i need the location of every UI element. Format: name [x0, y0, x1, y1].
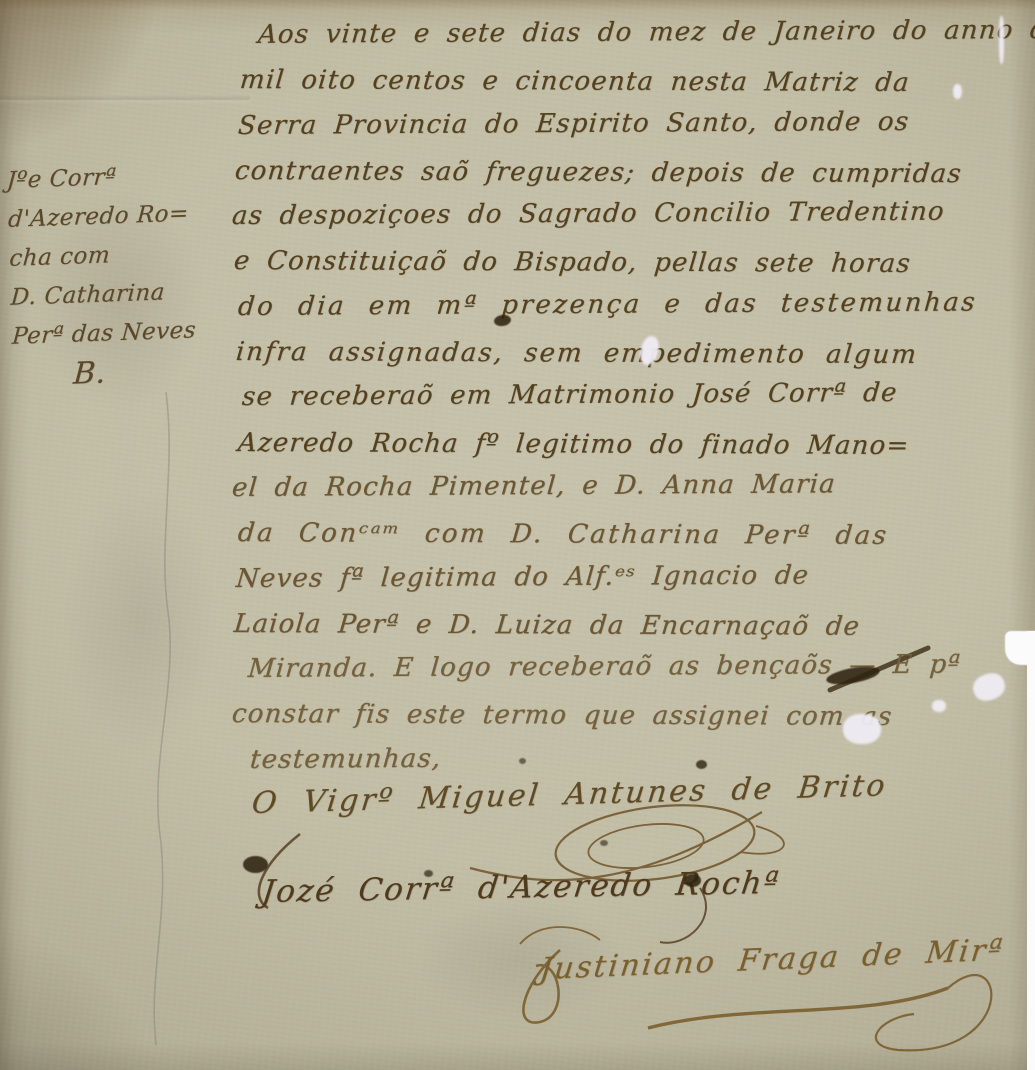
manuscript-line: as despoziçoes do Sagrado Concilio Trede… — [230, 188, 1034, 238]
scan-edge-strip — [1027, 631, 1035, 1070]
vertical-fold-crease — [154, 392, 170, 1045]
manuscript-line: do dia em mª prezença e das testemunhas — [230, 279, 1034, 329]
ink-blot — [696, 760, 707, 769]
ink-blot — [243, 856, 268, 873]
manuscript-line: Neves fª legitima do Alf.ᵉˢ Ignacio de — [230, 551, 1034, 601]
ink-blot — [424, 870, 433, 877]
paper-damage-spot — [843, 714, 881, 744]
manuscript-page: Jºe Corrª d'Azeredo Ro= cha com D. Catha… — [0, 0, 1035, 1070]
signature-groom: Jozé Corrª d'Azeredo Rochª — [260, 865, 783, 910]
ink-blot — [519, 758, 526, 764]
manuscript-line: Aos vinte e sete dias do mez de Janeiro … — [230, 7, 1034, 57]
ink-blot — [600, 840, 608, 846]
manuscript-line: el da Rocha Pimentel, e D. Anna Maria — [230, 460, 1034, 510]
paper-damage-spot — [932, 700, 946, 712]
paper-damage-spot — [953, 84, 962, 99]
signature-witness: Justiniano Fraga de Mirª — [538, 932, 1006, 987]
manuscript-line: se receberaõ em Matrimonio José Corrª de — [230, 369, 1034, 419]
horizontal-fold-crease — [0, 92, 250, 106]
manuscript-line: Serra Provincia do Espirito Santo, donde… — [230, 98, 1034, 148]
manuscript-line: Miranda. E logo receberaõ as bençaõs — E… — [230, 641, 1034, 691]
record-body: Aos vinte e sete dias do mez de Janeiro … — [232, 12, 1032, 782]
margin-note: Jºe Corrª d'Azeredo Ro= cha com D. Catha… — [6, 154, 232, 395]
ink-blot — [684, 874, 701, 887]
margin-note-initial: B. — [12, 349, 233, 396]
paper-scratch — [999, 16, 1004, 64]
